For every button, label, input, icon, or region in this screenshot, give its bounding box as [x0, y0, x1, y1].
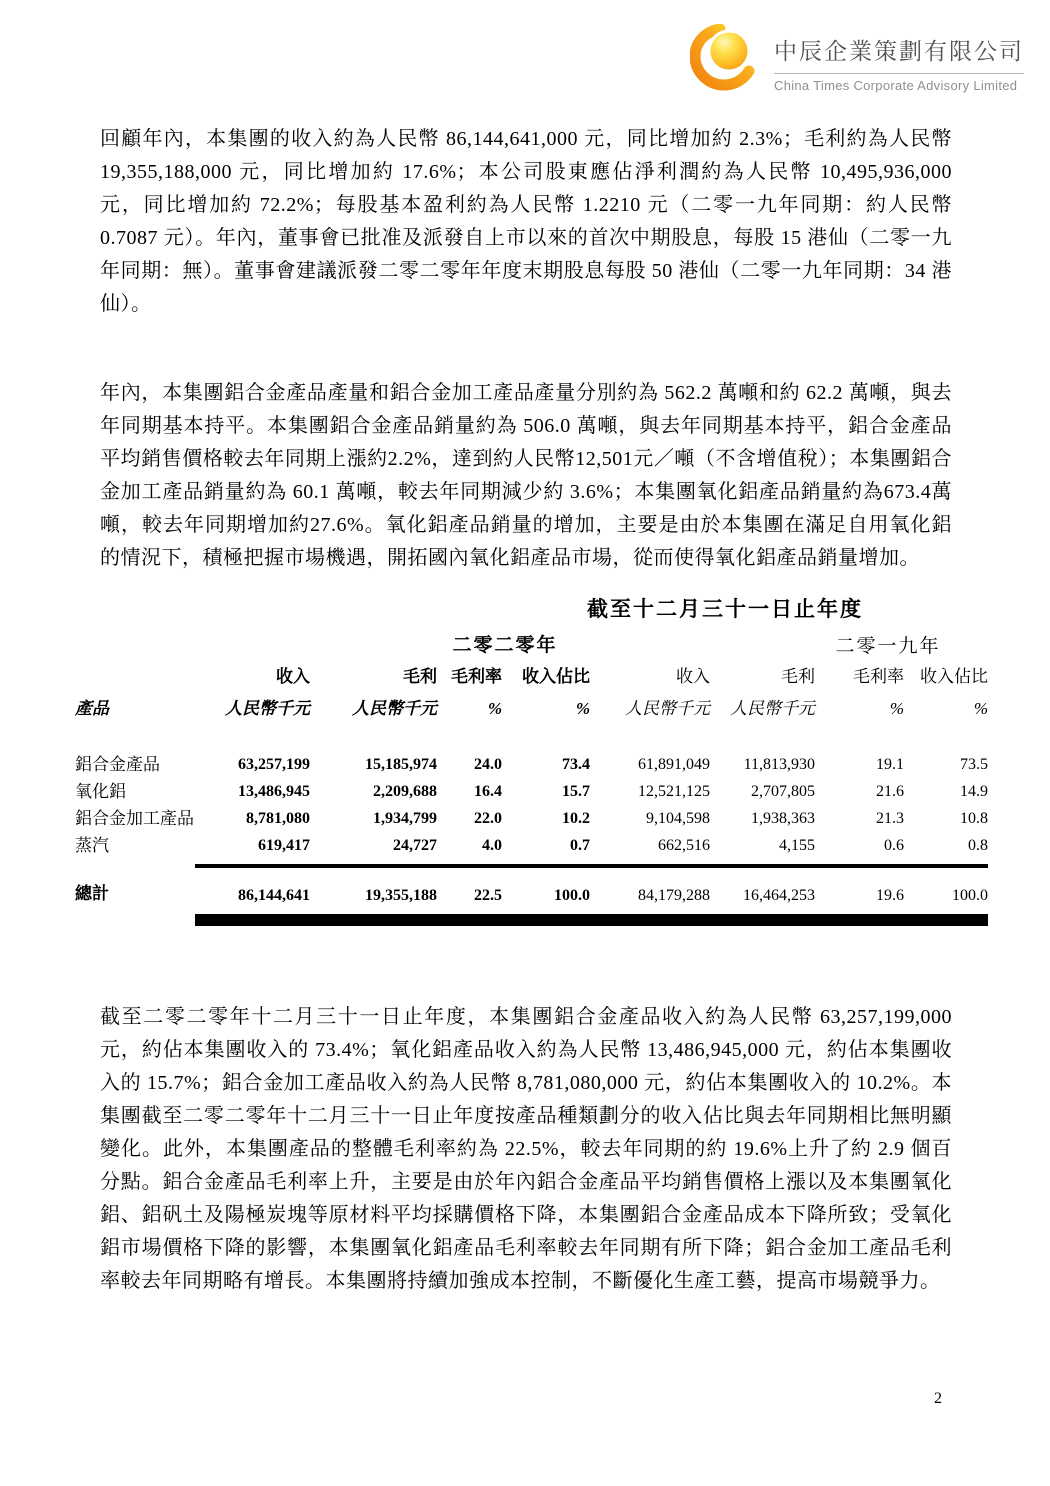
- unit-header: %: [815, 692, 904, 725]
- table-cell: 63,257,199: [195, 725, 310, 778]
- table-cell: 73.5: [904, 725, 988, 778]
- table-cell: 8,781,080: [195, 805, 310, 832]
- table-header-row: 收入 毛利 毛利率 收入佔比 收入 毛利 毛利率 收入佔比: [75, 662, 988, 692]
- table-row: 蒸汽619,41724,7274.00.7662,5164,1550.60.8: [75, 832, 988, 866]
- product-name: 蒸汽: [75, 832, 195, 866]
- table-row: 氧化鋁13,486,9452,209,68816.415.712,521,125…: [75, 778, 988, 805]
- table-cell: 73.4: [502, 725, 590, 778]
- data-table: 收入 毛利 毛利率 收入佔比 收入 毛利 毛利率 收入佔比 產品 人民幣千元 人…: [75, 662, 988, 926]
- unit-header: 人民幣千元: [310, 692, 437, 725]
- table-body: 鋁合金產品63,257,19915,185,97424.073.461,891,…: [75, 725, 988, 920]
- table-cell: 86,144,641: [195, 866, 310, 920]
- header-spacer: [75, 662, 195, 692]
- paragraph-financial-results: 回顧年內，本集團的收入約為人民幣 86,144,641,000 元，同比增加約 …: [100, 123, 952, 321]
- table-cell: 21.3: [815, 805, 904, 832]
- product-column-header: 產品: [75, 692, 195, 725]
- table-cell: 13,486,945: [195, 778, 310, 805]
- table-cell: 24,727: [310, 832, 437, 866]
- unit-header: 人民幣千元: [195, 692, 310, 725]
- unit-header: %: [437, 692, 502, 725]
- table-cell: 662,516: [590, 832, 710, 866]
- product-name: 總計: [75, 866, 195, 920]
- table-cell: 61,891,049: [590, 725, 710, 778]
- table-cell: 4.0: [437, 832, 502, 866]
- paragraph-revenue-analysis: 截至二零二零年十二月三十一日止年度，本集團鋁合金產品收入約為人民幣 63,257…: [100, 1001, 952, 1298]
- table-cell: 22.0: [437, 805, 502, 832]
- table-cell: 2,209,688: [310, 778, 437, 805]
- company-logo-icon: [690, 24, 758, 94]
- table-subheader-row: 產品 人民幣千元 人民幣千元 % % 人民幣千元 人民幣千元 % %: [75, 692, 988, 725]
- table-cell: 19.1: [815, 725, 904, 778]
- column-header: 毛利: [310, 662, 437, 692]
- table-row: 鋁合金產品63,257,19915,185,97424.073.461,891,…: [75, 725, 988, 778]
- table-cell: 19.6: [815, 866, 904, 920]
- table-cell: 0.8: [904, 832, 988, 866]
- company-name-en: China Times Corporate Advisory Limited: [774, 74, 1024, 93]
- table-cell: 16,464,253: [710, 866, 815, 920]
- table-cell: 1,938,363: [710, 805, 815, 832]
- unit-header: 人民幣千元: [710, 692, 815, 725]
- table-cell: 21.6: [815, 778, 904, 805]
- column-header: 收入佔比: [904, 662, 988, 692]
- segment-table: 截至十二月三十一日止年度 二零二零年 二零一九年 收入 毛利 毛利率 收入佔比 …: [75, 593, 988, 926]
- table-cell: 84,179,288: [590, 866, 710, 920]
- table-cell: 100.0: [904, 866, 988, 920]
- unit-header: 人民幣千元: [590, 692, 710, 725]
- table-cell: 24.0: [437, 725, 502, 778]
- table-cell: 14.9: [904, 778, 988, 805]
- table-cell: 2,707,805: [710, 778, 815, 805]
- table-cell: 100.0: [502, 866, 590, 920]
- table-row: 鋁合金加工產品8,781,0801,934,79922.010.29,104,5…: [75, 805, 988, 832]
- table-cell: 619,417: [195, 832, 310, 866]
- column-header: 毛利: [710, 662, 815, 692]
- table-cell: 15.7: [502, 778, 590, 805]
- year-2020-label: 二零二零年: [405, 630, 605, 657]
- table-cell: 4,155: [710, 832, 815, 866]
- table-cell: 19,355,188: [310, 866, 437, 920]
- table-cell: 0.6: [815, 832, 904, 866]
- table-cell: 10.2: [502, 805, 590, 832]
- table-cell: 22.5: [437, 866, 502, 920]
- company-header: 中辰企業策劃有限公司 China Times Corporate Advisor…: [690, 24, 1024, 94]
- column-header: 收入佔比: [502, 662, 590, 692]
- table-cell: 9,104,598: [590, 805, 710, 832]
- unit-header: %: [904, 692, 988, 725]
- document-page: 中辰企業策劃有限公司 China Times Corporate Advisor…: [0, 0, 1050, 1486]
- table-cell: 12,521,125: [590, 778, 710, 805]
- table-caption: 截至十二月三十一日止年度: [515, 593, 935, 623]
- column-header: 毛利率: [815, 662, 904, 692]
- table-cell: 16.4: [437, 778, 502, 805]
- column-header: 收入: [590, 662, 710, 692]
- paragraph-production-volume: 年內，本集團鋁合金產品產量和鋁合金加工產品產量分別約為 562.2 萬噸和約 6…: [100, 377, 952, 575]
- table-cell: 11,813,930: [710, 725, 815, 778]
- company-name-zh: 中辰企業策劃有限公司: [774, 33, 1024, 74]
- company-name-block: 中辰企業策劃有限公司 China Times Corporate Advisor…: [774, 24, 1024, 93]
- column-header: 毛利率: [437, 662, 502, 692]
- table-row: 總計86,144,64119,355,18822.5100.084,179,28…: [75, 866, 988, 920]
- year-2019-label: 二零一九年: [788, 631, 988, 658]
- table-cell: 10.8: [904, 805, 988, 832]
- column-header: 收入: [195, 662, 310, 692]
- unit-header: %: [502, 692, 590, 725]
- product-name: 鋁合金產品: [75, 725, 195, 778]
- table-cell: 1,934,799: [310, 805, 437, 832]
- product-name: 鋁合金加工產品: [75, 805, 195, 832]
- table-cell: 15,185,974: [310, 725, 437, 778]
- table-cell: 0.7: [502, 832, 590, 866]
- page-number: 2: [918, 1390, 958, 1408]
- product-name: 氧化鋁: [75, 778, 195, 805]
